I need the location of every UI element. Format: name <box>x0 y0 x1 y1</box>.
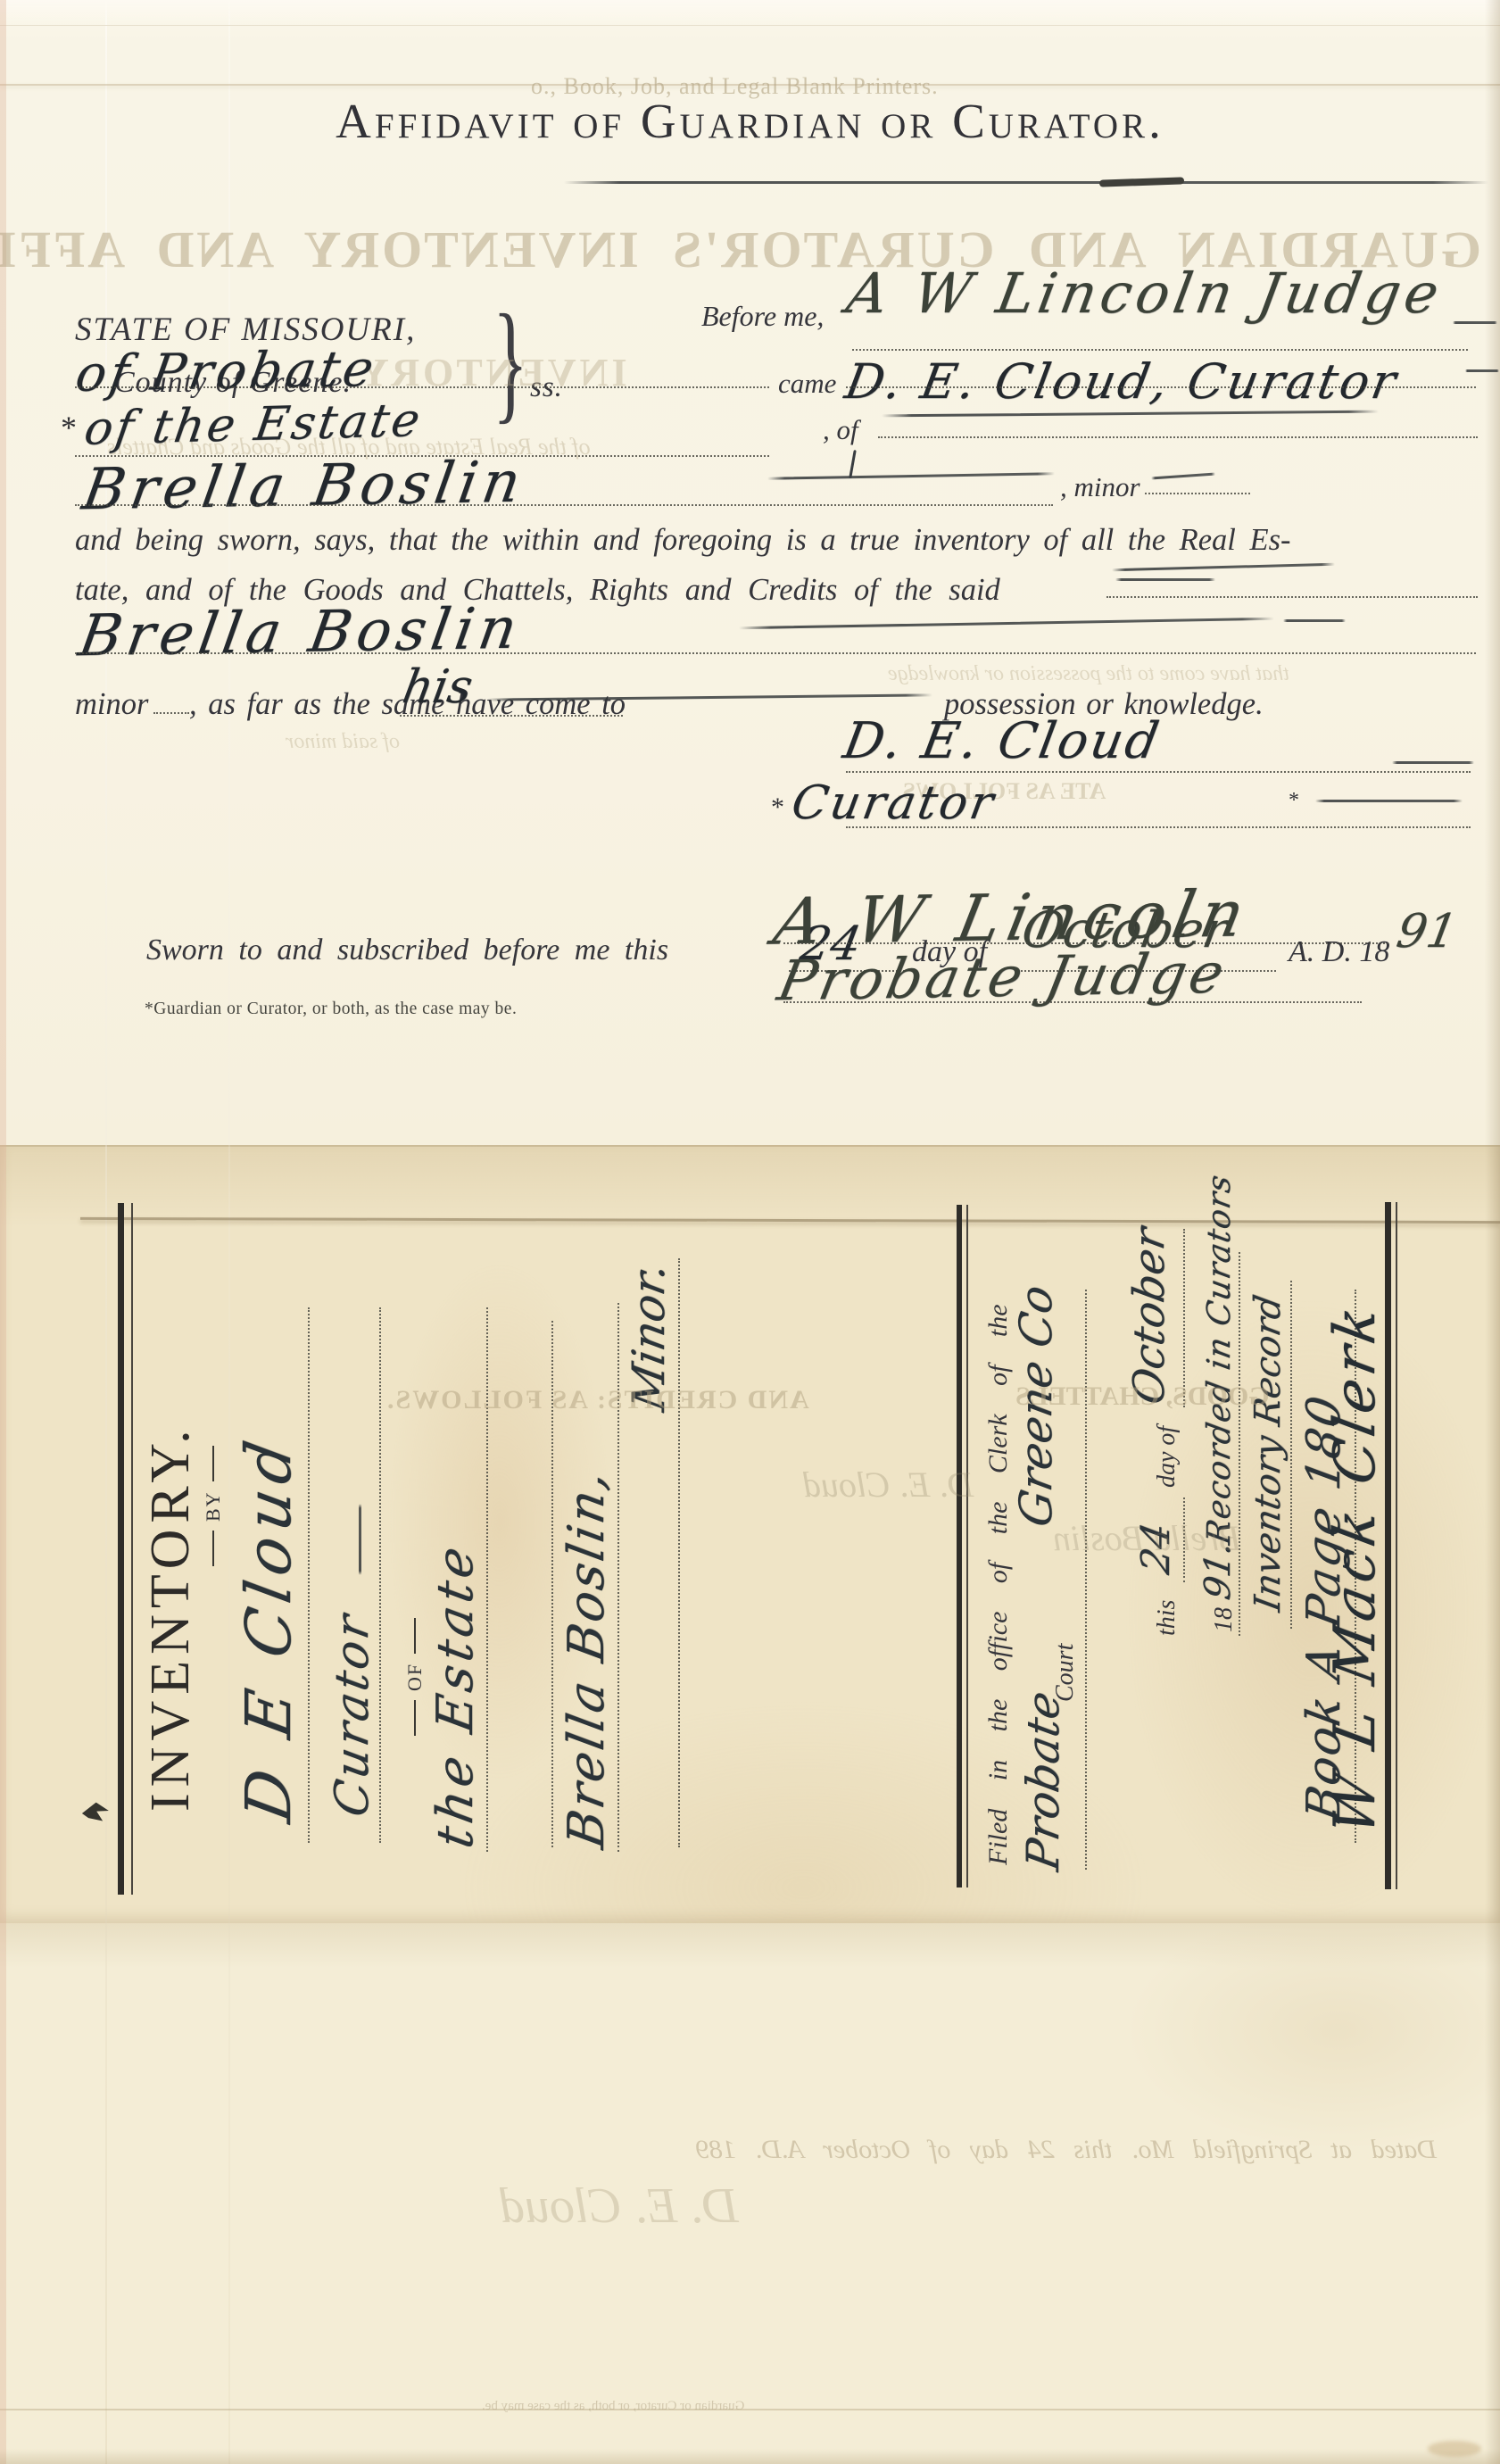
docket-mid-rule-thick <box>957 1205 962 1887</box>
came-label: came <box>778 368 836 400</box>
handwritten-recorded-line-2: Inventory Record <box>1247 1292 1289 1614</box>
filed-statement: Filed in the office of the Clerk of the <box>983 1304 1014 1865</box>
handwritten-court-type: Probate <box>1017 1688 1069 1874</box>
fill-in-line <box>75 652 1476 654</box>
by-label-row: BY <box>202 1446 225 1566</box>
body-text-line-1: and being sworn, says, that the within a… <box>75 523 1291 558</box>
fill-in-line <box>153 712 189 714</box>
handwritten-minor-name-repeat: Brella Boslin <box>74 596 526 670</box>
court-label: Court <box>1051 1644 1080 1702</box>
of-label: , of <box>823 414 858 446</box>
sworn-statement-text: Sworn to and subscribed before me this <box>146 933 668 967</box>
handwritten-his: his <box>399 660 477 714</box>
handwritten-docket-month: October <box>1124 1224 1174 1408</box>
fill-in-line <box>400 715 623 717</box>
horizontal-crease <box>0 2409 1500 2410</box>
handwritten-docket-estate: the Estate <box>427 1539 485 1853</box>
docket-bottom-rule-thick <box>1385 1202 1391 1889</box>
of-label: OF <box>403 1663 427 1691</box>
handwritten-year: 91 <box>1393 905 1462 958</box>
footnote-text: *Guardian or Curator, or both, as the ca… <box>145 1000 517 1019</box>
rule-dash <box>414 1700 416 1736</box>
bleedthrough-inventory-word: INVENTORY <box>357 350 627 395</box>
before-me-label: Before me, <box>701 300 824 333</box>
fill-in-line <box>1106 596 1478 598</box>
fill-in-line <box>75 386 769 388</box>
minor-word: minor <box>75 687 148 722</box>
handwritten-of-probate: of Probate <box>71 340 381 403</box>
ink-dash <box>1453 321 1497 324</box>
bleedthrough-handwriting: D. E. Cloud <box>803 1464 974 1506</box>
handwritten-curator-name: D. E. Cloud, Curator <box>841 353 1402 410</box>
handwritten-clerk-signature: W L Mack Clerk <box>1322 1298 1388 1839</box>
signature-title-line <box>783 1001 1362 1003</box>
rule-dash <box>212 1531 214 1566</box>
docket-mid-rule-thin <box>966 1205 968 1887</box>
docket-fill-line <box>1239 1252 1240 1636</box>
docket-top-rule-thin <box>131 1203 133 1895</box>
year-prefix-printed: 18 <box>1210 1607 1239 1632</box>
handwritten-strikeout <box>1115 578 1215 581</box>
handwritten-judge-name: A W Lincoln Judge <box>842 261 1448 326</box>
ink-dash <box>359 1504 361 1575</box>
signature-line <box>846 771 1471 773</box>
bleedthrough-dated-line: Dated at Springfield Mo. this 24 day of … <box>62 2135 1437 2165</box>
docket-bottom-rule-thin <box>1396 1202 1397 1889</box>
footnote-asterisk-marker: * <box>61 409 77 446</box>
docket-fill-line <box>379 1307 381 1843</box>
scanned-document-page: o., Book, Job, and Legal Blank Printers.… <box>0 0 1500 2464</box>
fill-in-line <box>75 504 1053 506</box>
fill-in-line <box>878 436 1478 438</box>
ink-dash <box>1283 619 1346 622</box>
handwritten-minor-name: Brella Boslin <box>78 450 530 524</box>
fill-in-line <box>1145 493 1250 494</box>
docket-top-rule-thick <box>118 1203 124 1895</box>
docket-fill-line <box>1290 1281 1292 1629</box>
bleedthrough-signature: D. E. Cloud <box>500 2178 739 2235</box>
bleedthrough-goods-line: GOODS, CHATTELS <box>1015 1381 1270 1412</box>
footnote-asterisk-marker: * <box>771 792 784 823</box>
ink-dash <box>1465 369 1499 372</box>
document-title: Affidavit of Guardian or Curator. <box>0 93 1500 149</box>
ink-dash <box>1315 800 1463 802</box>
docket-fill-line <box>678 1258 680 1847</box>
fill-in-line <box>852 349 1468 351</box>
docket-fill-line <box>1085 1290 1087 1870</box>
of-label-row: OF <box>403 1618 427 1736</box>
ad-year-prefix: A. D. 18 <box>1289 935 1389 969</box>
bleedthrough-handwriting: Brella Boslin <box>1053 1517 1241 1559</box>
handwritten-curator-title: Curator <box>788 776 1000 830</box>
handwritten-of-the-estate: of the Estate <box>81 394 427 456</box>
signature-title-line <box>846 826 1471 828</box>
bleedthrough-text-line: of said minor <box>286 730 400 754</box>
handwritten-docket-by-title: Curator <box>326 1609 379 1821</box>
handwritten-signature-cloud: D. E. Cloud <box>839 712 1165 770</box>
lower-blank-panel-background <box>0 1923 1500 2464</box>
footnote-asterisk-marker: * <box>1289 789 1299 813</box>
handwritten-docket-name: Brella Boslin, <box>558 1464 616 1853</box>
fill-in-line <box>846 386 1476 388</box>
bleedthrough-small-print: Guardian or Curator, or both, as the cas… <box>482 2399 744 2414</box>
docket-fill-line <box>1183 1229 1185 1407</box>
handwritten-docket-by-name: D E Cloud <box>232 1429 305 1827</box>
docket-heading: INVENTORY. <box>139 1423 203 1812</box>
docket-fill-line <box>308 1307 310 1843</box>
by-label: BY <box>202 1490 225 1522</box>
paper-smudge <box>1428 2441 1481 2457</box>
minor-label: , minor <box>1060 471 1140 503</box>
ink-dash <box>1392 761 1474 764</box>
handwritten-recorded-line-1: Recorded in Curators <box>1201 1172 1238 1547</box>
ink-stroke <box>564 181 1488 184</box>
this-label: this <box>1153 1600 1181 1636</box>
bleedthrough-text-line: that have come to the possession or know… <box>888 662 1289 686</box>
day-of-label: day of <box>1153 1426 1181 1488</box>
rule-dash <box>212 1446 214 1481</box>
bleedthrough-credits-line: AND CREDITS: AS FOLLOWS. <box>385 1385 809 1415</box>
rule-dash <box>414 1618 416 1654</box>
